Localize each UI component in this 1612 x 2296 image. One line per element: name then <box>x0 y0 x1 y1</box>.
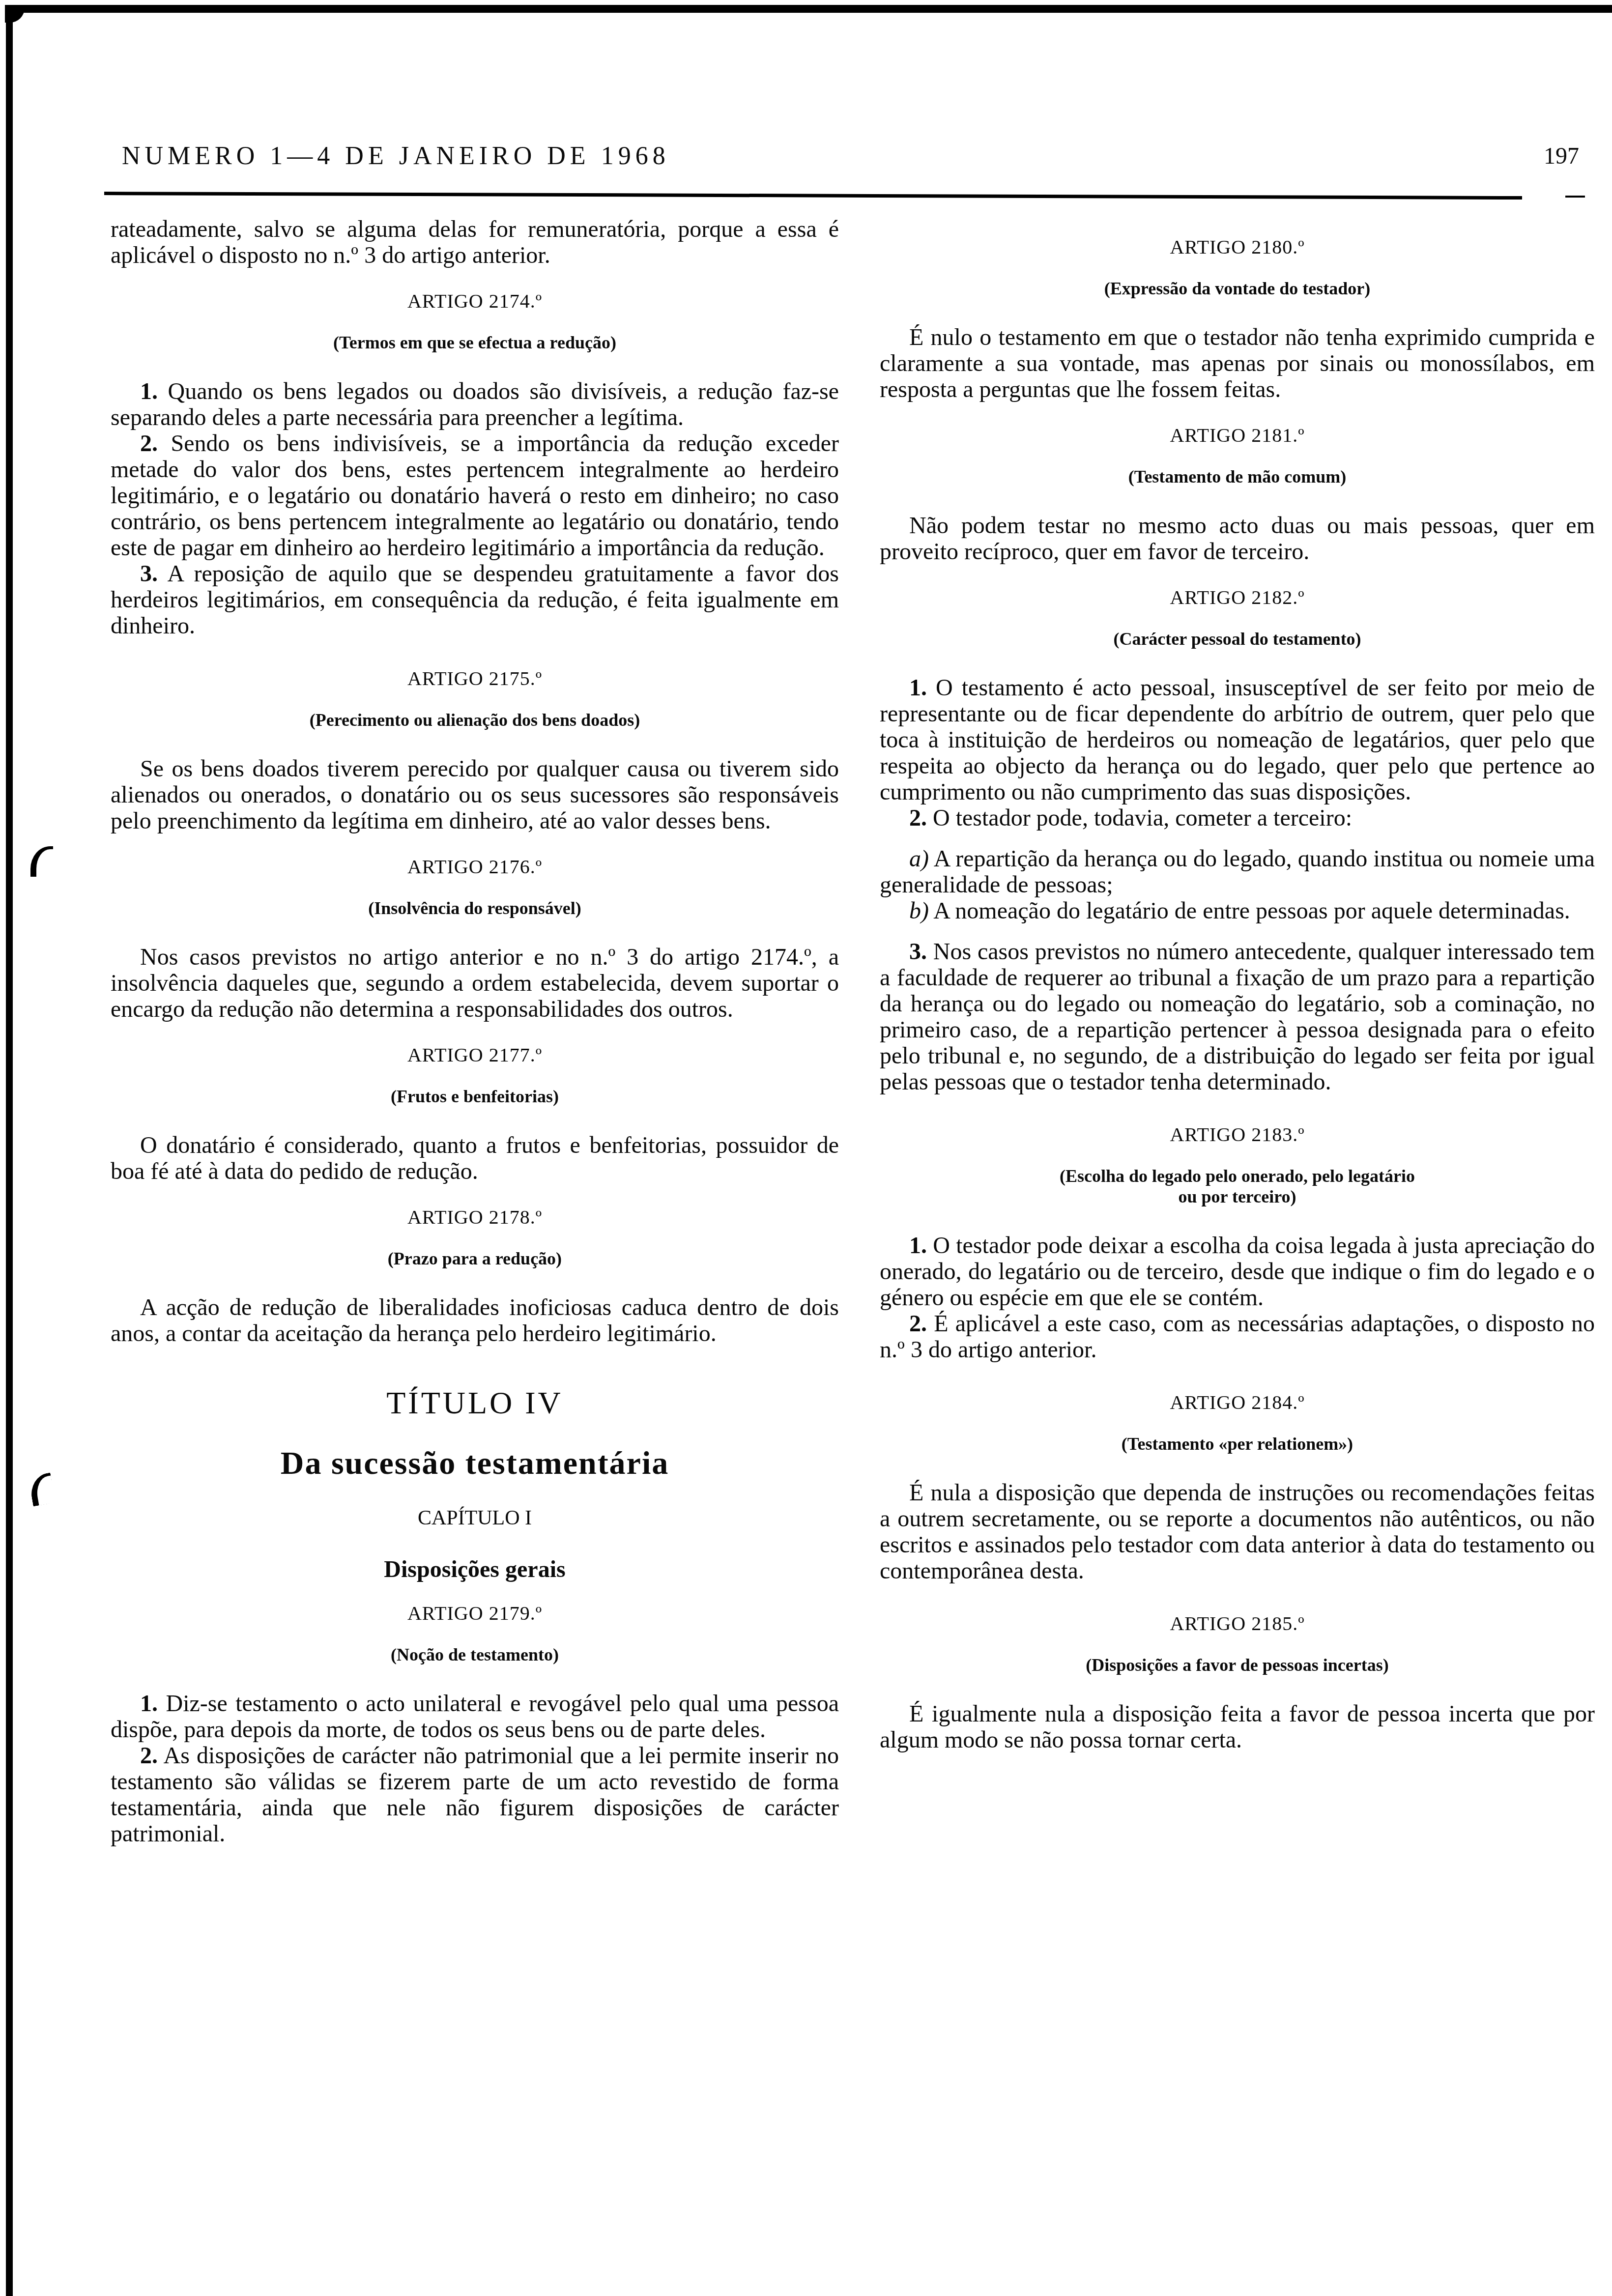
article-epigraph-2183-line1: (Escolha do legado pelo onerado, pelo le… <box>880 1166 1595 1186</box>
article-epigraph-2178: (Prazo para a redução) <box>111 1248 839 1269</box>
paragraph: 2. O testador pode, todavia, cometer a t… <box>880 805 1595 831</box>
article-heading-2184: ARTIGO 2184.º <box>880 1391 1595 1414</box>
paragraph: É igualmente nula a disposição feita a f… <box>880 1701 1595 1753</box>
paragraph-text: Diz-se testamento o acto unilateral e re… <box>111 1691 839 1743</box>
titulo-heading: TÍTULO IV <box>111 1386 839 1420</box>
page-number: 197 <box>1544 143 1579 170</box>
header-title: NUMERO 1—4 DE JANEIRO DE 1968 <box>122 142 670 171</box>
paragraph: É nula a disposição que dependa de instr… <box>880 1480 1595 1584</box>
paragraph: 3. A reposição de aquilo que se despende… <box>111 561 839 639</box>
list-item-text: A nomeação do legatário de entre pessoas… <box>933 898 1570 924</box>
paragraph: 1. O testamento é acto pessoal, insuscep… <box>880 675 1595 805</box>
paragraph-number: 3. <box>140 561 158 587</box>
paragraph-number: 2. <box>909 1311 927 1337</box>
paragraph-text: É aplicável a este caso, com as necessár… <box>880 1311 1595 1363</box>
list-item-label: a) <box>909 846 929 872</box>
article-epigraph-2174: (Termos em que se efectua a redução) <box>111 332 839 353</box>
paragraph: A acção de redução de liberalidades inof… <box>111 1294 839 1347</box>
list-item: a) A repartição da herança ou do legado,… <box>880 846 1595 898</box>
paragraph-number: 1. <box>140 378 158 404</box>
paragraph-text: O testador pode, todavia, cometer a terc… <box>933 805 1352 831</box>
page-header: NUMERO 1—4 DE JANEIRO DE 1968 197 <box>122 142 1579 176</box>
article-epigraph-2181: (Testamento de mão comum) <box>880 466 1595 487</box>
paragraph-number: 1. <box>909 1233 927 1259</box>
article-epigraph-2177: (Frutos e benfeitorias) <box>111 1086 839 1107</box>
paragraph: 1. Diz-se testamento o acto unilateral e… <box>111 1691 839 1743</box>
article-epigraph-2183-line2: ou por terceiro) <box>880 1186 1595 1207</box>
article-heading-2178: ARTIGO 2178.º <box>111 1206 839 1229</box>
paragraph: Nos casos previstos no artigo anterior e… <box>111 944 839 1022</box>
article-epigraph-2184: (Testamento «per relationem») <box>880 1434 1595 1454</box>
scan-border-corner <box>5 5 25 23</box>
capitulo-name: Disposições gerais <box>111 1557 839 1582</box>
article-heading-2177: ARTIGO 2177.º <box>111 1044 839 1066</box>
right-column: ARTIGO 2180.º (Expressão da vontade do t… <box>880 216 1595 1753</box>
article-heading-2183: ARTIGO 2183.º <box>880 1123 1595 1146</box>
paragraph: 3. Nos casos previstos no número anteced… <box>880 939 1595 1095</box>
scan-border-left <box>6 5 13 2296</box>
list-item-text: A repartição da herança ou do legado, qu… <box>880 846 1595 898</box>
scan-border-top <box>5 5 1612 13</box>
article-heading-2176: ARTIGO 2176.º <box>111 856 839 878</box>
article-epigraph-2175: (Perecimento ou alienação dos bens doado… <box>111 710 839 730</box>
margin-bracket-mark <box>28 1472 56 1506</box>
paragraph: 1. Quando os bens legados ou doados são … <box>111 378 839 430</box>
article-epigraph-2182: (Carácter pessoal do testamento) <box>880 629 1595 649</box>
paragraph: 1. O testador pode deixar a escolha da c… <box>880 1233 1595 1311</box>
article-heading-2181: ARTIGO 2181.º <box>880 424 1595 447</box>
paragraph-number: 2. <box>140 1743 158 1769</box>
paragraph: É nulo o testamento em que o testador nã… <box>880 324 1595 402</box>
paragraph-text: O testamento é acto pessoal, insusceptív… <box>880 675 1595 805</box>
article-epigraph-2179: (Noção de testamento) <box>111 1644 839 1665</box>
list-item: b) A nomeação do legatário de entre pess… <box>880 898 1595 924</box>
paragraph: 2. É aplicável a este caso, com as neces… <box>880 1311 1595 1363</box>
margin-bracket-mark <box>30 846 53 877</box>
paragraph: Não podem testar no mesmo acto duas ou m… <box>880 513 1595 565</box>
paragraph-text: Quando os bens legados ou doados são div… <box>111 378 839 430</box>
titulo-name: Da sucessão testamentária <box>111 1446 839 1481</box>
left-column: rateadamente, salvo se alguma delas for … <box>111 216 839 1847</box>
article-epigraph-2176: (Insolvência do responsável) <box>111 898 839 918</box>
article-heading-2174: ARTIGO 2174.º <box>111 290 839 313</box>
article-epigraph-2185: (Disposições a favor de pessoas incertas… <box>880 1655 1595 1675</box>
article-heading-2185: ARTIGO 2185.º <box>880 1612 1595 1635</box>
article-heading-2182: ARTIGO 2182.º <box>880 586 1595 609</box>
paragraph-text: Sendo os bens indivisíveis, se a importâ… <box>111 430 839 561</box>
paragraph-number: 2. <box>140 430 158 457</box>
paragraph: 2. As disposições de carácter não patrim… <box>111 1743 839 1847</box>
paragraph-number: 3. <box>909 939 927 965</box>
paragraph-number: 1. <box>140 1691 158 1717</box>
article-heading-2179: ARTIGO 2179.º <box>111 1602 839 1625</box>
continuation-paragraph: rateadamente, salvo se alguma delas for … <box>111 216 839 268</box>
paragraph-text: A reposição de aquilo que se despendeu g… <box>111 561 839 639</box>
capitulo-heading: CAPÍTULO I <box>111 1507 839 1529</box>
header-rule-tail <box>1565 196 1585 198</box>
header-rule <box>104 192 1522 200</box>
paragraph-text: As disposições de carácter não patrimoni… <box>111 1743 839 1847</box>
paragraph-number: 1. <box>909 675 927 701</box>
paragraph-text: Nos casos previstos no número antecedent… <box>880 939 1595 1095</box>
article-heading-2180: ARTIGO 2180.º <box>880 236 1595 258</box>
list-item-label: b) <box>909 898 929 924</box>
article-heading-2175: ARTIGO 2175.º <box>111 667 839 690</box>
article-epigraph-2180: (Expressão da vontade do testador) <box>880 278 1595 299</box>
paragraph: O donatário é considerado, quanto a frut… <box>111 1132 839 1184</box>
paragraph: Se os bens doados tiverem perecido por q… <box>111 756 839 834</box>
paragraph-number: 2. <box>909 805 927 831</box>
paragraph-text: O testador pode deixar a escolha da cois… <box>880 1233 1595 1311</box>
paragraph: 2. Sendo os bens indivisíveis, se a impo… <box>111 430 839 561</box>
